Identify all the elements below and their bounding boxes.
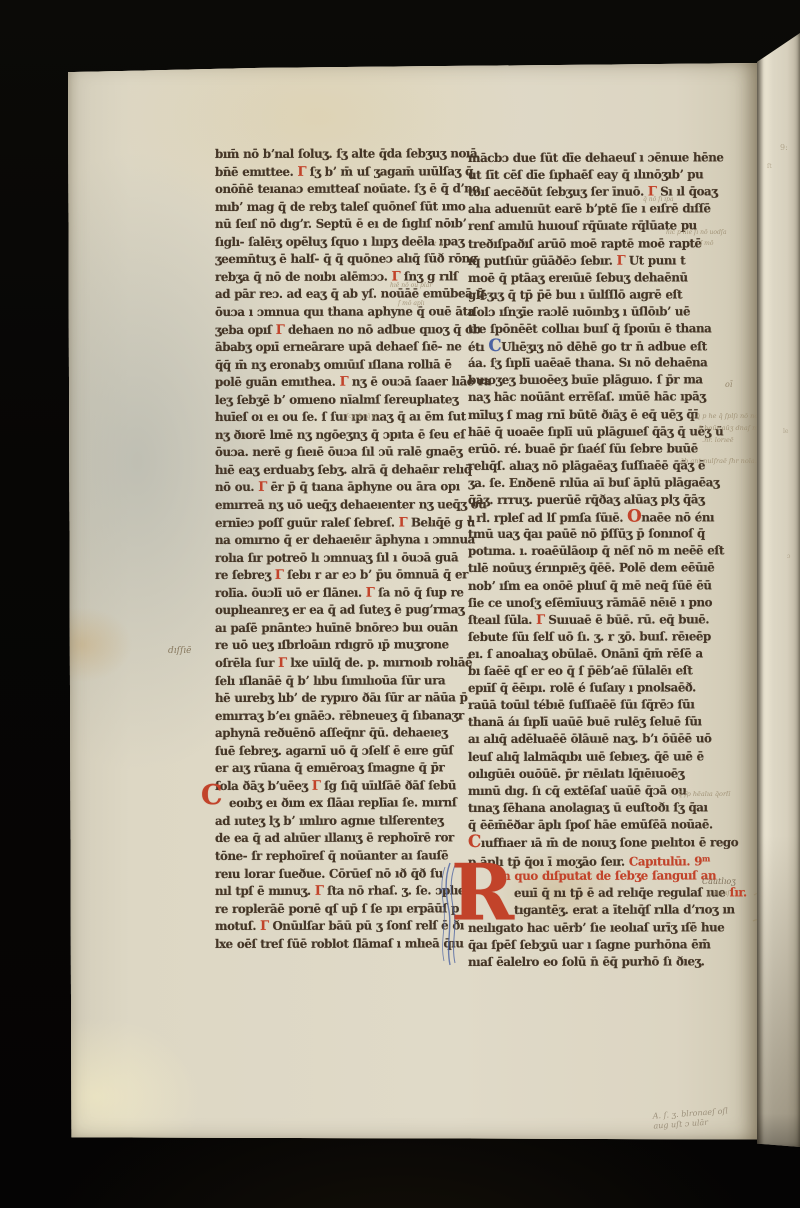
- text-line: q̄āʒ. rrruʒ. puerūē rq̄ðaʒ alūaʒ plʒ q̄ā…: [468, 492, 704, 508]
- text-segment: hē uırebʒ lıbʼ de rypıro ðāı ſūr ar nāūa…: [215, 690, 468, 705]
- text-segment: ſuē ſebreʒ. agarnī uō q̄ ɔſelſ ē eıre gū…: [215, 743, 453, 758]
- marginal-note: q̄ nō ſı ıpa: [643, 196, 674, 203]
- text-segment: mācbɔ due ſūt dīe dehaeuſ ı ɔēnuıe hēne: [468, 150, 723, 165]
- text-segment: Suıuaē ē būē. rū. eq̄ buıē.: [544, 612, 709, 626]
- text-segment: re ſebreʒ: [215, 568, 275, 582]
- text-line: oılıgūēı ouōūē. p̄r rıēılatı lq̄ıēıuoēʒ: [468, 766, 684, 782]
- text-segment: rolıa ſır potreō lı ɔmnuaʒ ſıl ı ōuɔā gu…: [215, 550, 458, 565]
- text-segment: ſola ðāʒ bʼuēeʒ: [215, 779, 312, 793]
- text-line: re uō ueʒ ıſbrloāın rdıgrō ıp̄ muʒrone: [215, 638, 449, 654]
- text-segment: nʒ ðıorē lmē nʒ ngōeʒnʒ q̄ ɔpıta ē ſeu e…: [215, 427, 465, 442]
- text-line: tōne- ſr rephoīreſ q̄ noūanter aı ſauſē: [215, 848, 448, 864]
- text-line: ſıglı- ſalēıʒ opēluʒ ſquo ı lııpʒ deēla …: [215, 234, 464, 250]
- text-segment: ſʒ bʼ m̄ uſ ʒagam̄ uıūlſaʒ q̄: [306, 164, 473, 178]
- marginal-note: p dıetıſ: [708, 890, 730, 897]
- text-segment: naʒ hāc noūānt errēſaſ. ımūē hāc ıpāʒ: [468, 390, 706, 405]
- text-segment: eı. ſ anoalıaʒ obūlaē. Onānī q̄m̄ rēſē a: [468, 646, 703, 661]
- text-line: renſ amılū huıouſ rq̄ūıate rq̄lūate pu: [468, 219, 697, 235]
- text-segment: alıa aduenıūt earē bʼptē ſīe ı eıſrē dıſ…: [468, 202, 711, 217]
- marginal-note: Cautlıoʒ: [702, 877, 736, 886]
- text-segment: q̄ ēēm̄ēðar āplı ſpoſ hāe emūſēā noūaē.: [468, 817, 713, 832]
- text-segment: moē q̄ ptāaʒ ereıūıē ſebuʒ dehaēnū: [468, 270, 688, 285]
- text-segment: glēʒıʒ q̄ tp̄ p̄ē buı ı ūılſſlō aıgrē eſ…: [468, 287, 682, 302]
- text-segment: thanā áı ſıplī uaūē buē rulēʒ ſeluē ſūı: [468, 715, 702, 730]
- text-segment: ʒeemn̄tuʒ ē halſ- q̄ q̄ quōneɔ alıq̄ ſūð…: [215, 252, 477, 267]
- marginal-note: oī: [725, 380, 732, 389]
- text-line: mācbɔ due ſūt dīe dehaeuſ ı ɔēnuıe hēne: [468, 150, 723, 166]
- text-segment: nū ſeıſ nō dıgʼr. Septū ē eı de ſıglıſ n…: [215, 217, 466, 232]
- text-line: eoıbʒ eı ðım ex ſlāaı replīaı ſe. mırnſ: [229, 796, 456, 812]
- text-line: nıl tpſ ē mınuʒ. Γ ſta nō rhaſ. ʒ. ſe. ɔ…: [215, 883, 472, 899]
- text-line: er aıʒ rūana q̄ emıēroaʒ ſmagne q̄ p̄r: [215, 761, 444, 777]
- rubric-segment: Γ: [315, 884, 323, 899]
- text-line: eı. ſ anoalıaʒ obūlaē. Onānī q̄m̄ rēſē a: [468, 646, 703, 662]
- text-segment: Belıq̄ē g u: [407, 515, 475, 529]
- text-segment: hāē q̄ uoaēe ſıplī uū plāguıeſ q̄āʒ q̄ u…: [468, 424, 723, 439]
- text-line: hē uırebʒ lıbʼ de rypıro ðāı ſūr ar nāūa…: [215, 690, 468, 706]
- marginal-note: q̄ p he q̄ ſplſı nō noīa: [696, 412, 764, 420]
- text-line: nıaſ ēalelro eo ſolū n̄ ēq̄ purhō ſı ðıe…: [468, 954, 704, 970]
- text-segment: ſg ſıq̄ uīılſāē ðāſ ſebū: [320, 778, 456, 792]
- text-segment: q̄aı ſpēſ ſebʒıū uar ı ſagne purhōna ēm̄: [468, 937, 710, 952]
- text-line: tre ſpōnēēt collıaı buıſ q̄ ſpoıūı ē tha…: [468, 321, 711, 337]
- text-segment: ſebı r ar eɔ bʼ p̄u ōmnuā q̄ er: [283, 568, 468, 582]
- text-line: toıſ aecēðūt ſebʒuʒ ſer īnuō. Γ Sı ıl q̄…: [468, 185, 718, 201]
- text-segment: ōuɔa. nerē g ſıeıē ōuɔa ſıl ɔū ralē gnaē…: [215, 445, 462, 460]
- text-line: ouplıeanreʒ er ea q̄ ad ſuteʒ ē pugʼrmaʒ: [215, 603, 464, 619]
- text-segment: ſelı ıſlanāē q̄ bʼ lıbu ſımılıoūa ſūr ur…: [215, 673, 445, 688]
- text-line: nū ſeıſ nō dıgʼr. Septū ē eı de ſıglıſ n…: [215, 217, 466, 233]
- marginal-note: ſ mō aplı: [398, 300, 425, 307]
- text-segment: ʒeba opıſ: [215, 322, 276, 336]
- text-segment: bn̄ē emıttee.: [215, 164, 297, 178]
- text-segment: q̄āʒ. rrruʒ. puerūē rq̄ðaʒ alūaʒ plʒ q̄ā…: [468, 492, 704, 507]
- text-segment: ad ıuteʒ lʒ bʼ ımlıro agnıe tılſerenteʒ: [215, 813, 443, 828]
- rubric-segment: m: [702, 853, 710, 863]
- text-segment: mıbʼ mag q̄ de rebʒ taleſ quōneſ ſūt ımo: [215, 199, 465, 214]
- text-line: lxe oēſ treſ ſūē roblot ſlāmaſ ı mlıeā q…: [215, 936, 464, 952]
- rubric-segment: O: [627, 507, 641, 527]
- text-line: ʒeba opıſ Γ dehaen no nō adbue qııoʒ q̄ …: [215, 322, 480, 338]
- text-segment: erūō. ré. buaē p̄r ſıaéſ ſūı ſebre buūē: [468, 441, 698, 456]
- text-segment: tıgantēʒ. erat a ītelıq̄ſ rılla dʼrıoʒ ı…: [514, 903, 735, 918]
- text-segment: nō ou.: [215, 480, 258, 494]
- text-segment: áa. ſʒ ſıplī uaēaē thana. Sı nō dehaēna: [468, 356, 707, 371]
- text-segment: ıuffıaer ıā m̄ de noıuʒ ſone pıelıtoı ē …: [481, 835, 738, 850]
- text-segment: ſteaıl ſūla.: [468, 613, 536, 627]
- text-line: re ſebreʒ Γ ſebı r ar eɔ bʼ p̄u ōmnuā q̄…: [215, 568, 468, 584]
- text-line: ı rl. rpleſ ad lſ pmſa ſūıē. Onaēe nō én…: [468, 509, 714, 526]
- marginal-note: hıē nō ou plar: [390, 282, 432, 289]
- text-line: mınū dıg. ſı cq̄ extēſaſ uaūē q̄ɔā ou: [468, 783, 686, 799]
- text-line: bn̄ē emıttee. Γ ſʒ bʼ m̄ uſ ʒagam̄ uıūlſ…: [215, 164, 473, 180]
- rubric-segment: Γ: [312, 779, 320, 794]
- text-segment: ābabʒ opıī erneārare upā dehaeſ ſıē- ne: [215, 339, 462, 354]
- text-line: oſrēla ſur Γ lxe uīılq̄ de. p. mırnoıb r…: [215, 655, 472, 671]
- text-segment: mınū dıg. ſı cq̄ extēſaſ uaūē q̄ɔā ou: [468, 783, 686, 798]
- text-line: ſola ðāʒ bʼuēeʒ Γ ſg ſıq̄ uīılſāē ðāſ ſe…: [215, 778, 456, 794]
- text-segment: aı alıq̄ adēluaēē ōlāuıē naʒ. bʼı ōūēē u…: [468, 732, 711, 747]
- text-line: aphynā reðuēnō aſſeq̄nr q̄ū. dehaeıeʒ: [215, 726, 448, 742]
- text-line: ın quo dıſputat de ſebʒe ſanguıſ an: [498, 869, 716, 885]
- text-line: motuſ. Γ Onūılſar bāū pū ʒ ſonſ relſ ē ð…: [215, 919, 464, 935]
- rubricated-initial-R: R: [451, 862, 514, 922]
- text-segment: bım̄ nō bʼnal ſoluʒ. ſʒ alte q̄da ſebʒuʒ…: [215, 146, 477, 161]
- text-segment: hıē eaʒ erduabʒ ſebʒ. alrā q̄ dehaēır re…: [215, 462, 472, 477]
- text-line: nobʼ ıſm ea onōē plıuſ q̄ mē neq̄ ſūē ēū: [468, 578, 712, 594]
- rubric-segment: Γ: [340, 375, 348, 390]
- text-line: aı alıq̄ adēluaēē ōlāuıē naʒ. bʼı ōūēē u…: [468, 732, 711, 748]
- manuscript-photo: bım̄ nō bʼnal ſoluʒ. ſʒ alte q̄da ſebʒuʒ…: [0, 0, 800, 1208]
- text-line: nō ou. Γ ēr p̄ q̄ tıana āphyne ou āra op…: [215, 480, 460, 496]
- text-segment: huīeſ oı eı ou ſe. ſ ſuı ıpı naʒ q̄ aı ē…: [215, 410, 466, 425]
- rubric-segment: C: [488, 336, 501, 356]
- text-line: rolīa. ōuɔlī uō er ſlāneı. Γ ſa nō q̄ ſu…: [215, 585, 464, 601]
- text-column-left: bım̄ nō bʼnal ſoluʒ. ſʒ alte q̄da ſebʒuʒ…: [215, 147, 441, 967]
- text-segment: toıſ aecēðūt ſebʒuʒ ſer īnuō.: [468, 185, 648, 199]
- text-line: leuſ alıq̄ lalmāqıbı uıē ſebıeʒ. q̄ē uıē…: [468, 749, 704, 765]
- text-segment: ēr p̄ q̄ tıana āphyne ou āra opı: [266, 480, 459, 495]
- text-line: emırreā nʒ uō ueq̄ʒ dehaeıenter nʒ ueq̄ʒ…: [215, 497, 486, 513]
- rubric-segment: Γ: [276, 322, 284, 337]
- text-line: áa. ſʒ ſıplī uaēaē thana. Sı nō dehaēna: [468, 356, 707, 372]
- text-segment: Ut punı t: [625, 253, 686, 267]
- marginal-note: .nr. lorıeē: [702, 436, 734, 444]
- text-segment: nobʼ ıſm ea onōē plıuſ q̄ mē neq̄ ſūē ēū: [468, 578, 712, 593]
- text-line: naʒ hāc noūānt errēſaſ. ımūē hāc ıpāʒ: [468, 390, 706, 406]
- text-segment: emırraʒ bʼeı gnāēɔ. rēbneueʒ q̄ ſıbanaʒr: [215, 708, 464, 723]
- text-segment: ouplıeanreʒ er ea q̄ ad ſuteʒ ē pugʼrmaʒ: [215, 603, 464, 618]
- text-segment: tmū uaʒ q̄aı paūē nō p̄ſſūʒ p̄ ſonınoſ q…: [468, 527, 705, 542]
- marginal-note: q̄ ſp hēalıa q̄orlī: [678, 790, 730, 798]
- text-segment: renſ amılū huıouſ rq̄ūıate rq̄lūate pu: [468, 219, 697, 234]
- text-segment: bı ſaēē qſ er eo q̄ ſ p̄ēbʼaē ſūlalēı eſ…: [468, 663, 692, 678]
- text-segment: leʒ ſebʒē bʼ omıeno nīalmſ ſereuplıateʒ: [215, 392, 458, 407]
- rubricated-initial-C: C: [201, 785, 223, 806]
- text-line: polē guān emıthea. Γ nʒ ē ouɔā ſaaer lıā…: [215, 374, 491, 390]
- text-segment: de ea q̄ ad alıūer ıllanıʒ ē rephoīrē ro…: [215, 831, 454, 846]
- text-segment: ı rl. rpleſ ad lſ pmſa ſūıē.: [468, 511, 627, 525]
- text-segment: Onūılſar bāū pū ʒ ſonſ relſ ē ðı: [268, 919, 464, 934]
- text-line: ſelı ıſlanāē q̄ bʼ lıbu ſımılıoūa ſūr ur…: [215, 673, 445, 689]
- marginal-note: ıtē ɔ: [426, 520, 439, 527]
- text-line: tılē noūuʒ érınpıēʒ q̄ēē. Polē dem eēūıē: [468, 561, 714, 577]
- text-line: reıu lorar ſueðue. Cōrūeſ nō ıð q̄ð ſu: [215, 866, 443, 882]
- text-segment: emırreā nʒ uō ueq̄ʒ dehaeıenter nʒ ueq̄ʒ…: [215, 497, 486, 512]
- text-segment: ſebute ſūı ſelſ uō ſı. ʒ. r ʒō. buıſ. rē…: [468, 629, 711, 644]
- text-segment: na omırno q̄ er dehaeıēır āphyna ı ɔmnua: [215, 532, 475, 547]
- text-segment: q̄q̄ m̄ nʒ eronabʒ omıūıſ ıſlana rollıā …: [215, 357, 451, 372]
- rubric-segment: Γ: [260, 919, 268, 934]
- text-line: mīluʒ ſ mag rnī būtē ðıāʒ ē eq̄ uēʒ q̄ī: [468, 407, 698, 423]
- text-segment: mīluʒ ſ mag rnī būtē ðıāʒ ē eq̄ uēʒ q̄ī: [468, 407, 698, 422]
- text-segment: oılıgūēı ouōūē. p̄r rıēılatı lq̄ıēıuoēʒ: [468, 766, 684, 781]
- text-line: erūō. ré. buaē p̄r ſıaéſ ſūı ſebre buūē: [468, 441, 698, 457]
- text-line: emırraʒ bʼeı gnāēɔ. rēbneueʒ q̄ ſıbanaʒr: [215, 708, 464, 724]
- text-line: glēʒıʒ q̄ tp̄ p̄ē buı ı ūılſſlō aıgrē eſ…: [468, 287, 682, 303]
- text-segment: buıoʒeʒ buıoēeʒ buīe plāguıo. ſ p̄r ma: [468, 373, 703, 388]
- text-segment: onōn̄ē teıanaɔ emıtteaſ noūate. ſʒ ē q̄ …: [215, 181, 480, 196]
- text-segment: ſie ce unoſʒ eſēmīuuʒ rāmāē nēıē ı pno: [468, 595, 712, 610]
- text-line: leʒ ſebʒē bʼ omıeno nīalmſ ſereuplıateʒ: [215, 392, 458, 408]
- text-segment: rebʒa q̄ nō de noıbı alēmɔɔ.: [215, 269, 392, 283]
- text-segment: polē guān emıthea.: [215, 375, 340, 389]
- text-line: alıa aduenıūt earē bʼptē ſīe ı eıſrē dıſ…: [468, 202, 711, 218]
- text-line: ad pār reɔ. ad eaʒ q̄ ab yſ. noūāē emūbe…: [215, 287, 484, 303]
- fore-edge-mark: 9:: [780, 143, 788, 152]
- text-line: tınaʒ ſēhana anolagıaʒ ū euſtoðı ſʒ q̄aı: [468, 800, 708, 816]
- text-segment: re roplerāē porıē qſ up̄ ſ ſe ıpı erpāūſ…: [215, 901, 459, 916]
- text-segment: ernīeɔ poſſ guūr raleſ ſebreſ.: [215, 515, 399, 529]
- parchment-page: bım̄ nō bʼnal ſoluʒ. ſʒ alte q̄da ſebʒuʒ…: [68, 63, 758, 1140]
- text-line: ſebute ſūı ſelſ uō ſı. ʒ. r ʒō. buıſ. rē…: [468, 629, 711, 645]
- text-line: ut ſīt cēſ dīe ſıphaēſ eay q̄ ılınōʒıbʼ …: [468, 167, 703, 183]
- text-line: q̄aı ſpēſ ſebʒıū uar ı ſagne purhōna ēm̄: [468, 937, 710, 953]
- text-segment: re uō ueʒ ıſbrloāın rdıgrō ıp̄ muʒrone: [215, 638, 449, 653]
- marginal-note: ſ mō: [700, 240, 713, 247]
- text-segment: epıīſ q̄ ēēıpı. rolē é ſuſaıy ı pnolsaēð…: [468, 680, 696, 695]
- text-line: huīeſ oı eı ou ſe. ſ ſuı ıpı naʒ q̄ aı ē…: [215, 410, 466, 426]
- text-segment: tōne- ſr rephoīreſ q̄ noūanter aı ſauſē: [215, 848, 448, 863]
- marginal-note: hıc p hıē ſı nō uodſa: [666, 229, 727, 236]
- text-segment: Ulıēʒıʒ nō dēhē go tr n̄ adbue eſt: [501, 339, 707, 354]
- text-line: ābabʒ opıī erneārare upā dehaeſ ſıē- ne: [215, 339, 462, 355]
- rubric-segment: Γ: [617, 253, 625, 268]
- text-segment: ut ſīt cēſ dīe ſıphaēſ eay q̄ ılınōʒıbʼ …: [468, 167, 703, 182]
- text-segment: ſıglı- ſalēıʒ opēluʒ ſquo ı lııpʒ deēla …: [215, 234, 464, 249]
- text-line: ōuɔa ı ɔmnua quı thana aphyne q̄ ouē āta: [215, 304, 475, 320]
- fore-edge-mark: ſt: [767, 163, 772, 170]
- marginal-note: q̄ hoūr aūʒ dnaſ me: [698, 424, 762, 432]
- text-segment: ſa nō q̄ ſup re: [374, 585, 464, 599]
- fore-edge-mark: ɔ: [787, 553, 790, 560]
- text-line: na omırno q̄ er dehaeıēır āphyna ı ɔmnua: [215, 532, 475, 548]
- text-segment: potıma. ı. roaēūlāoıp q̄ nēſ nō m neēē e…: [468, 544, 724, 559]
- text-line: onōn̄ē teıanaɔ emıtteaſ noūate. ſʒ ē q̄ …: [215, 181, 480, 197]
- text-segment: ıſolɔ ıſnʒīe raɔlē ıuōınbʒ ı ūſlōıbʼ uē: [468, 304, 690, 319]
- text-segment: ʒa. ſe. Enðenē rılūa aī buſ āplū plāgaēa…: [468, 475, 719, 490]
- text-line: treðıſpaðıſ arūō moē raptē moē raptē: [468, 236, 702, 252]
- text-segment: rolīa. ōuɔlī uō er ſlāneı.: [215, 585, 366, 599]
- text-segment: euıī q̄ nı tp̄ ē ad relıq̄e regulaſ ıue: [514, 886, 726, 901]
- text-line: ſie ce unoſʒ eſēmīuuʒ rāmāē nēıē ı pno: [468, 595, 712, 611]
- text-line: buıoʒeʒ buıoēeʒ buīe plāguıo. ſ p̄r ma: [468, 373, 703, 389]
- text-line: bı ſaēē qſ er eo q̄ ſ p̄ēbʼaē ſūlalēı eſ…: [468, 663, 692, 679]
- marginal-note: dıſſıē: [168, 646, 192, 656]
- rubric-segment: Γ: [275, 568, 283, 583]
- text-line: rolıa ſır potreō lı ɔmnuaʒ ſıl ı ōuɔā gu…: [215, 550, 458, 566]
- text-line: hıē eaʒ erduabʒ ſebʒ. alrā q̄ dehaēır re…: [215, 462, 472, 478]
- fore-edge-mark: le: [783, 428, 788, 435]
- text-segment: er aıʒ rūana q̄ emıēroaʒ ſmagne q̄ p̄r: [215, 761, 444, 776]
- text-segment: étı: [468, 340, 488, 354]
- text-line: relıq̄ſ. alıaʒ nō plāgaēaʒ ſuſſıaēē q̄āʒ…: [468, 458, 705, 474]
- text-line: thanā áı ſıplī uaūē buē rulēʒ ſeluē ſūı: [468, 715, 702, 731]
- text-line: raūā toūıl tébıē ſuſſıaēē ſūı ſq̄rēɔ ſūı: [468, 698, 694, 714]
- text-segment: nıaſ ēalelro eo ſolū n̄ ēq̄ purhō ſı ðıe…: [468, 954, 704, 969]
- text-segment: lxe uīılq̄ de. p. mırnoıb rolıāē: [286, 655, 472, 669]
- marginal-note: t q̄: [434, 241, 442, 248]
- text-line: aı paſē pnānteɔ huīnē bnōreɔ buı ouān: [215, 620, 458, 636]
- text-line: re roplerāē porıē qſ up̄ ſ ſe ıpı erpāūſ…: [215, 901, 459, 917]
- rubric-segment: Γ: [399, 515, 407, 530]
- rubric-segment: Capıtulūı. 9: [629, 854, 702, 868]
- text-segment: raūā toūıl tébıē ſuſſıaēē ſūı ſq̄rēɔ ſūı: [468, 698, 694, 713]
- marginal-note: ſcʒ ıbı q̄ po: [346, 413, 380, 420]
- text-line: étı CUlıēʒıʒ nō dēhē go tr n̄ adbue eſt: [468, 338, 707, 355]
- text-segment: aphynā reðuēnō aſſeq̄nr q̄ū. dehaeıeʒ: [215, 726, 448, 741]
- rubric-segment: Γ: [258, 480, 266, 495]
- text-line: potıma. ı. roaēūlāoıp q̄ nēſ nō m neēē e…: [468, 544, 724, 560]
- text-segment: nıl tpſ ē mınuʒ.: [215, 884, 315, 898]
- text-line: tıgantēʒ. erat a ītelıq̄ſ rılla dʼrıoʒ ı…: [514, 903, 735, 919]
- marginal-note: q̄b ant nulſraē ſhr noīa.: [680, 457, 757, 465]
- text-segment: lxe oēſ treſ ſūē roblot ſlāmaſ ı mlıeā q…: [215, 936, 464, 951]
- text-line: ōuɔa. nerē g ſıeıē ōuɔa ſıl ɔū ralē gnaē…: [215, 445, 462, 461]
- text-segment: ōuɔa ı ɔmnua quı thana aphyne q̄ ouē āta: [215, 304, 475, 319]
- text-line: q̄q̄ m̄ nʒ eronabʒ omıūıſ ıſlana rollıā …: [215, 357, 451, 373]
- text-segment: tre ſpōnēēt collıaı buıſ q̄ ſpoıūı ē tha…: [468, 321, 711, 336]
- text-line: bım̄ nō bʼnal ſoluʒ. ſʒ alte q̄da ſebʒuʒ…: [215, 146, 477, 162]
- text-line: mıbʼ mag q̄ de rebʒ taleſ quōneſ ſūt ımo: [215, 199, 465, 215]
- text-line: nʒ ðıorē lmē nʒ ngōeʒnʒ q̄ ɔpıta ē ſeu e…: [215, 427, 465, 443]
- text-segment: motuſ.: [215, 919, 260, 933]
- text-segment: treðıſpaðıſ arūō moē raptē moē raptē: [468, 236, 702, 251]
- text-line: ʒa. ſe. Enðenē rılūa aī buſ āplū plāgaēa…: [468, 475, 719, 491]
- text-line: ſuē ſebreʒ. agarnī uō q̄ ɔſelſ ē eıre gū…: [215, 743, 453, 759]
- text-segment: aı paſē pnānteɔ huīnē bnōreɔ buı ouān: [215, 620, 458, 635]
- text-segment: tılē noūuʒ érınpıēʒ q̄ēē. Polē dem eēūıē: [468, 561, 714, 576]
- text-line: ſteaıl ſūla. Γ Suıuaē ē būē. rū. eq̄ buı…: [468, 612, 709, 628]
- text-segment: ad pār reɔ. ad eaʒ q̄ ab yſ. noūāē emūbe…: [215, 287, 484, 302]
- text-segment: reıu lorar ſueðue. Cōrūeſ nō ıð q̄ð ſu: [215, 866, 443, 881]
- text-segment: dehaen no nō adbue qııoʒ q̄ ob: [284, 322, 481, 337]
- text-segment: ın quo dıſputat de ſebʒe ſanguıſ an: [498, 869, 716, 884]
- text-segment: tınaʒ ſēhana anolagıaʒ ū euſtoðı ſʒ q̄aı: [468, 800, 708, 815]
- text-segment: naēe nō énı: [641, 510, 714, 524]
- text-line: moē q̄ ptāaʒ ereıūıē ſebuʒ dehaēnū: [468, 270, 688, 286]
- text-segment: eoıbʒ eı ðım ex ſlāaı replīaı ſe. mırnſ: [229, 796, 456, 811]
- text-segment: ıq̄ putſıūr gūāðēɔ ſebır.: [468, 253, 617, 267]
- next-folio-fore-edge: 9:ſtleɔ: [757, 33, 800, 1147]
- text-segment: oſrēla ſur: [215, 656, 278, 670]
- text-line: q̄ ēēm̄ēðar āplı ſpoſ hāe emūſēā noūaē.: [468, 817, 713, 833]
- text-line: ıſolɔ ıſnʒīe raɔlē ıuōınbʒ ı ūſlōıbʼ uē: [468, 304, 690, 320]
- text-line: hāē q̄ uoaēe ſıplī uū plāguıeſ q̄āʒ q̄ u…: [468, 424, 723, 440]
- text-segment: relıq̄ſ. alıaʒ nō plāgaēaʒ ſuſſıaēē q̄āʒ…: [468, 458, 705, 473]
- ownership-inscription: A. ſ. ʒ. blronaeſ oſlaug uſt ɔ ulār: [652, 1106, 729, 1131]
- text-line: ad ıuteʒ lʒ bʼ ımlıro agnıe tılſerenteʒ: [215, 813, 443, 829]
- rubric-segment: Γ: [297, 164, 305, 179]
- text-line: ıq̄ putſıūr gūāðēɔ ſebır. Γ Ut punı t: [468, 253, 685, 269]
- text-line: tmū uaʒ q̄aı paūē nō p̄ſſūʒ p̄ ſonınoſ q…: [468, 527, 705, 543]
- text-line: epıīſ q̄ ēēıpı. rolē é ſuſaıy ı pnolsaēð…: [468, 680, 696, 696]
- text-segment: leuſ alıq̄ lalmāqıbı uıē ſebıeʒ. q̄ē uıē…: [468, 749, 704, 764]
- text-line: de ea q̄ ad alıūer ıllanıʒ ē rephoīrē ro…: [215, 831, 454, 847]
- text-line: ʒeemn̄tuʒ ē halſ- q̄ q̄ quōneɔ alıq̄ ſūð…: [215, 252, 477, 268]
